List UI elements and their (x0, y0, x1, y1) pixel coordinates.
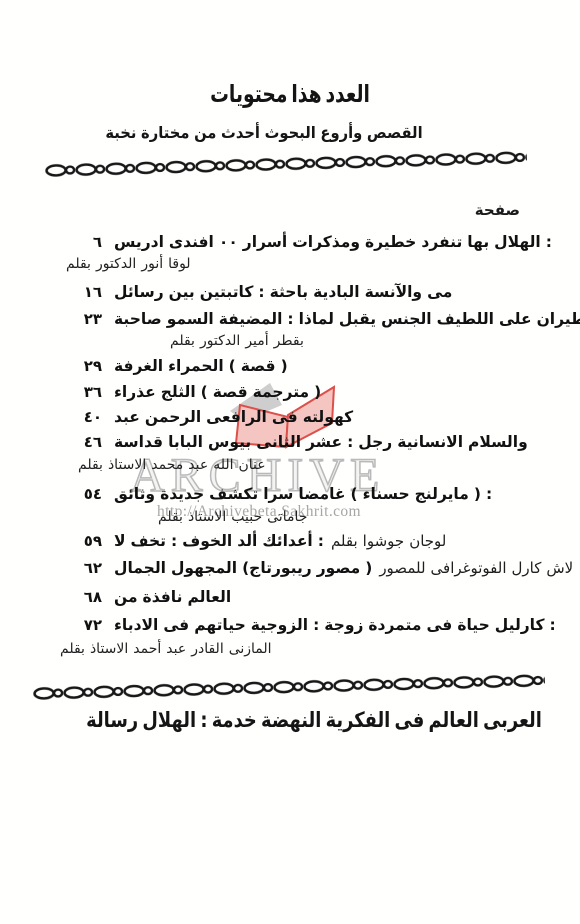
word: فى (272, 406, 298, 428)
entry-page-number: ٤٠ (58, 406, 102, 428)
word: : (258, 281, 264, 303)
word: ) (474, 483, 481, 505)
word: مى (427, 281, 452, 303)
word: مايرلنج (415, 483, 469, 505)
toc-page: محتوياتهذاالعدد نخبةمختارةمنأحدثالبحوثوأ… (0, 0, 580, 924)
word: فى (395, 708, 425, 732)
word: الادباء (114, 614, 158, 636)
word: زوجة (324, 614, 363, 636)
entry-byline: بقلمالدكتورأميربقطر (170, 332, 304, 350)
word: عبد (114, 406, 140, 428)
word: بين (169, 281, 195, 303)
word: مصور (317, 557, 361, 579)
entry-page-number: ٤٦ (58, 431, 102, 453)
word: عذراء (114, 381, 156, 403)
word: سرا (263, 483, 293, 505)
toc-list: ٦ادريسافندى٠٠أسرارومذكراتخطيرةتنفردبهاال… (0, 0, 580, 924)
word: الله (213, 456, 233, 474)
word: بقطر (274, 332, 304, 350)
entry-title: ادريسافندى٠٠أسرارومذكراتخطيرةتنفردبهااله… (114, 231, 552, 253)
word: ) (281, 355, 288, 377)
word: فى (163, 614, 189, 636)
word: المجهول (171, 557, 237, 579)
word: الخوف (182, 530, 232, 552)
word: لماذا (299, 308, 334, 330)
entry-title: لاتخف:الخوفألدأعدائك:بقلمجوشوالوجان (114, 530, 446, 552)
word: والآنسة (365, 281, 422, 303)
word: قداسة (114, 431, 163, 453)
word: ( (201, 381, 208, 403)
word: خدمة (212, 708, 257, 732)
word: الفوتوغرافى (431, 557, 507, 579)
word: فى (426, 614, 452, 636)
word: المضيفة (219, 308, 283, 330)
word: : (550, 614, 556, 636)
entry-page-number: ٢٣ (58, 308, 102, 330)
word: الجنس (381, 308, 432, 330)
word: : (313, 614, 319, 636)
word: تنفرد (421, 231, 462, 253)
word: نافذة (143, 586, 183, 608)
word: باحثة (270, 281, 309, 303)
word: جوشوا (363, 530, 405, 552)
word: اللطيف (437, 308, 494, 330)
word: خطيرة (365, 231, 416, 253)
word: تكشف (209, 483, 258, 505)
word: لاش (546, 557, 573, 579)
word: حياتهم (194, 614, 246, 636)
word: ومذكرات (292, 231, 360, 253)
entry-page-number: ٦ (58, 231, 102, 253)
word: صاحبة (114, 308, 162, 330)
entry-page-number: ٦٨ (58, 586, 102, 608)
word: الثلج (161, 381, 196, 403)
word: كهولته (303, 406, 354, 428)
word: غامضا (298, 483, 345, 505)
entry-byline: بقلمالاستاذمحمدعبداللهعنان (78, 456, 266, 474)
entry-byline: بقلمالدكتورأنورلوقا (66, 255, 191, 273)
word: : (486, 483, 492, 505)
word: بقلم (158, 508, 183, 526)
entry-title: الغرفةالحمراء(قصة) (114, 355, 288, 377)
toc-row: ٦ادريسافندى٠٠أسرارومذكراتخطيرةتنفردبهاال… (0, 231, 580, 253)
word: العالم (187, 586, 231, 608)
entry-title-tail: بقلمجوشوالوجان (331, 532, 446, 550)
word: على (499, 308, 532, 330)
word: لوجان (409, 530, 446, 552)
toc-row: ٢٩الغرفةالحمراء(قصة) (0, 355, 580, 377)
word: : (318, 530, 324, 552)
word: ادريس (114, 231, 164, 253)
entry-byline: بقلمالاستاذأحمدعبدالقادرالمازنى (60, 640, 272, 658)
word: أنور (141, 255, 163, 273)
word: ٠٠ (219, 231, 238, 253)
word: الثانى (256, 431, 301, 453)
word: افندى (169, 231, 214, 253)
toc-row: ٤٦قداسةالبابابيوسالثانىعشر:رجلالانسانيةو… (0, 431, 580, 453)
word: رسالة (86, 708, 138, 732)
word: ( (351, 483, 358, 505)
word: أسرار (243, 231, 287, 253)
word: يقبل (339, 308, 376, 330)
entry-page-number: ١٦ (58, 281, 102, 303)
word: عبد (188, 456, 208, 474)
entry-page-number: ٥٤ (58, 483, 102, 505)
toc-row: ٤٠عبدالرحمنالرافعىفىكهولته (0, 406, 580, 428)
word: كارل (512, 557, 542, 579)
word: جاماتى (267, 508, 307, 526)
entry-page-number: ٦٢ (58, 557, 102, 579)
word: الاستاذ (108, 456, 146, 474)
word: لا (114, 530, 126, 552)
word: الرافعى (206, 406, 267, 428)
entry-title: قداسةالبابابيوسالثانىعشر:رجلالانسانيةوال… (114, 431, 528, 453)
word: الاستاذ (188, 508, 226, 526)
entry-byline: بقلمالاستاذحبيبجاماتى (158, 508, 307, 526)
entry-title: عبدالرحمنالرافعىفىكهولته (114, 406, 353, 428)
toc-row: ٥٤وثائقجديدةتكشفسراغامضا(حسناءمايرلنج): (0, 483, 580, 505)
entry-title: عذراءالثلج(قصةمترجمة) (114, 381, 321, 403)
entry-title: رسائلبينكاتبتين:باحثةالباديةوالآنسةمى (114, 281, 452, 303)
toc-row: ٢٣صاحبةالسموالمضيفة:لماذايقبلالجنساللطيف… (0, 308, 580, 330)
word: (ريبورتاج (242, 557, 312, 579)
word: : (347, 431, 353, 453)
entry-title: مننافذةالعالم (114, 586, 231, 608)
word: العالم (429, 708, 479, 732)
entry-title: صاحبةالسموالمضيفة:لماذايقبلالجنساللطيفعل… (114, 308, 580, 330)
word: الغرفة (114, 355, 163, 377)
word: عشر (306, 431, 342, 453)
word: ( (229, 355, 236, 377)
word: من (114, 586, 138, 608)
toc-row: ١٦رسائلبينكاتبتين:باحثةالباديةوالآنسةمى (0, 281, 580, 303)
word: الاستاذ (90, 640, 128, 658)
entry-title: الجمالالمجهول(ريبورتاجمصور)للمصورالفوتوغ… (114, 557, 573, 579)
entry-title: الادباءفىحياتهمالزوجية:زوجةمتمردةفىحياةك… (114, 614, 556, 636)
word: المازنى (229, 640, 272, 658)
word: الرحمن (145, 406, 201, 428)
word: محمد (151, 456, 183, 474)
word: والسلام (468, 431, 528, 453)
word: عنان (239, 456, 266, 474)
word: حسناء (363, 483, 410, 505)
entry-title: وثائقجديدةتكشفسراغامضا(حسناءمايرلنج): (114, 483, 492, 505)
word: الطيران (537, 308, 580, 330)
word: النهضة (261, 708, 321, 732)
word: قصة (241, 355, 276, 377)
word: تخف (131, 530, 166, 552)
word: : (171, 530, 177, 552)
word: حياة (457, 614, 489, 636)
toc-row: ٧٢الادباءفىحياتهمالزوجية:زوجةمتمردةفىحيا… (0, 614, 580, 636)
word: جديدة (160, 483, 204, 505)
word: بقلم (60, 640, 85, 658)
word: قصة (213, 381, 248, 403)
word: البادية (313, 281, 359, 303)
word: : (546, 231, 552, 253)
word: : (287, 308, 293, 330)
entry-page-number: ٥٩ (58, 530, 102, 552)
word: وثائق (114, 483, 155, 505)
word: الدكتور (96, 255, 136, 273)
word: رجل (358, 431, 392, 453)
word: بقلم (78, 456, 103, 474)
word: بيوس (208, 431, 251, 453)
entry-page-number: ٧٢ (58, 614, 102, 636)
word: الزوجية (251, 614, 308, 636)
entry-page-number: ٢٩ (58, 355, 102, 377)
word: أمير (245, 332, 268, 350)
word: كاتبتين (200, 281, 254, 303)
word: بها (467, 231, 489, 253)
footer-slogan: رسالةالهلال:خدمةالنهضةالفكريةفىالعالمالع… (68, 708, 561, 732)
word: ) (365, 557, 372, 579)
word: ألد (237, 530, 257, 552)
word: ) (314, 381, 321, 403)
toc-row: ٦٢الجمالالمجهول(ريبورتاجمصور)للمصورالفوت… (0, 557, 580, 579)
word: البابا (168, 431, 203, 453)
word: العربى (483, 708, 542, 732)
word: متمردة (368, 614, 421, 636)
entry-title-tail: للمصورالفوتوغرافىكارللاش (379, 559, 573, 577)
word: الجمال (114, 557, 166, 579)
word: كارليل (495, 614, 545, 636)
word: رسائل (114, 281, 164, 303)
word: : (200, 708, 207, 732)
toc-row: ٥٩لاتخف:الخوفألدأعدائك:بقلمجوشوالوجان (0, 530, 580, 552)
entry-page-number: ٣٦ (58, 381, 102, 403)
word: حبيب (231, 508, 262, 526)
word: الهلال (494, 231, 541, 253)
word: الدكتور (200, 332, 240, 350)
word: مترجمة (253, 381, 310, 403)
word: بقلم (170, 332, 195, 350)
word: السمو (167, 308, 214, 330)
word: لوقا (168, 255, 190, 273)
word: للمصور (379, 557, 425, 579)
toc-row: ٦٨مننافذةالعالم (0, 586, 580, 608)
word: القادر (191, 640, 224, 658)
word: أعدائك (262, 530, 312, 552)
toc-row: ٣٦عذراءالثلج(قصةمترجمة) (0, 381, 580, 403)
word: الفكرية (326, 708, 391, 732)
word: بقلم (66, 255, 91, 273)
word: عبد (166, 640, 186, 658)
word: الهلال (142, 708, 196, 732)
word: الانسانية (397, 431, 463, 453)
word: بقلم (331, 530, 358, 552)
word: أحمد (133, 640, 161, 658)
word: الحمراء (168, 355, 224, 377)
